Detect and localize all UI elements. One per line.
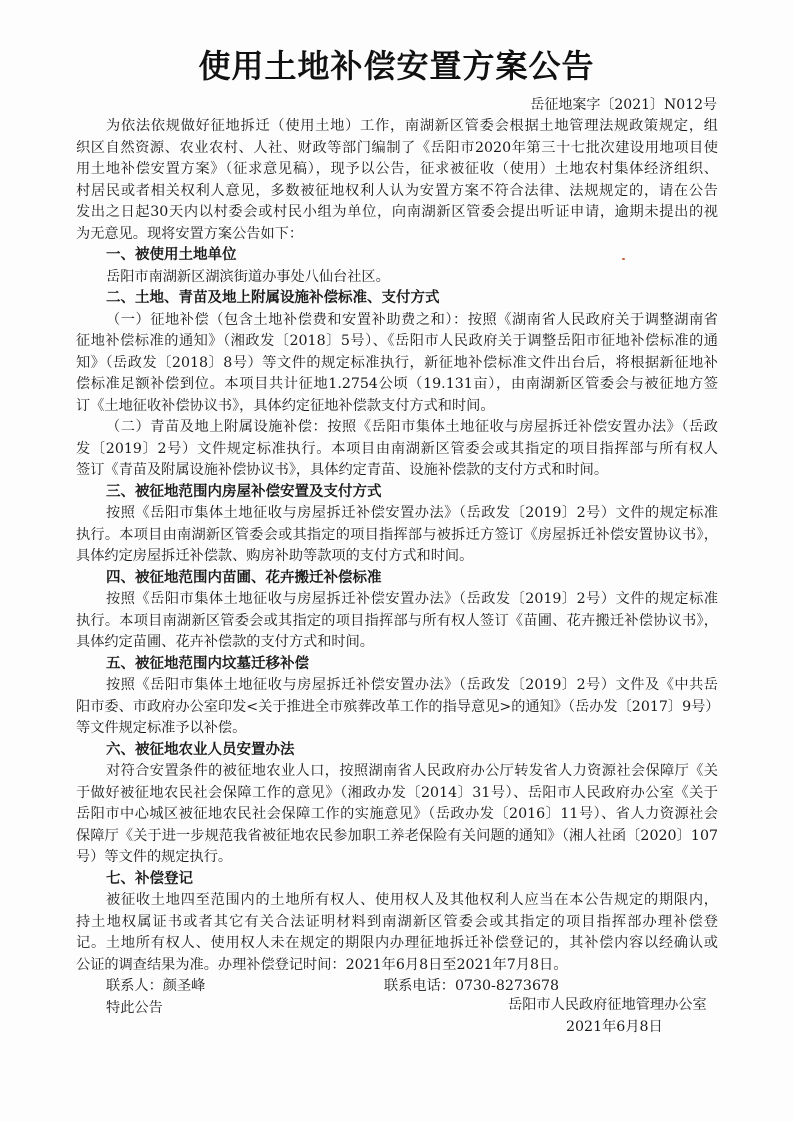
document-number: 岳征地案字〔2021〕N012号 [530,95,717,115]
text-line: 用土地补偿安置方案》（征求意见稿），现予以公告，征求被征收（使用）土地农村集体经… [76,159,718,181]
notice-page: 使用土地补偿安置方案公告 岳征地案字〔2021〕N012号 为依法依规做好征地拆… [0,0,793,1122]
section-heading-2: 二、土地、青苗及地上附属设施补偿标准、支付方式 [76,288,718,310]
text-line: 持土地权属证书或者其它有关合法证明材料到南湖新区管委会或其指定的项目指挥部办理补… [76,912,718,934]
text-line: 于做好被征地农民社会保障工作的意见》（湘政办发〔2014〕31号）、岳阳市人民政… [76,783,718,805]
paragraph-land-compensation: （一）征地补偿（包含土地补偿费和安置补助费之和）：按照《湖南省人民政府关于调整湖… [76,310,718,418]
text-line: 按照《岳阳市集体土地征收与房屋拆迁补偿安置办法》（岳政发〔2019〕2号）文件的… [76,503,718,525]
paragraph-crops-compensation: （二）青苗及地上附属设施补偿：按照《岳阳市集体土地征收与房屋拆迁补偿安置办法》（… [76,417,718,482]
text-line: 发〔2019〕2号）文件规定标准执行。本项目由南湖新区管委会或其指定的项目指挥部… [76,439,718,461]
text-line: 记。土地所有权人、使用权人未在规定的期限内办理征地拆迁补偿登记的，其补偿内容以经… [76,933,718,955]
text-line: 发出之日起30天内以村委会或村民小组为单位，向南湖新区管委会提出听证申请，逾期未… [76,202,718,224]
text-line: （一）征地补偿（包含土地补偿费和安置补助费之和）：按照《湖南省人民政府关于调整湖… [76,310,718,332]
text-line: 按照《岳阳市集体土地征收与房屋拆迁补偿安置办法》（岳政发〔2019〕2号）文件及… [76,675,718,697]
text-line: 具体约定房屋拆迁补偿款、购房补助等款项的支付方式和时间。 [76,546,718,568]
text-line: 执行。本项目由南湖新区管委会或其指定的项目指挥部与被拆迁方签订《房屋拆迁补偿安置… [76,525,718,547]
text-line: （二）青苗及地上附属设施补偿：按照《岳阳市集体土地征收与房屋拆迁补偿安置办法》（… [76,417,718,439]
section-heading-7: 七、补偿登记 [76,869,718,891]
section-heading-5: 五、被征地范围内坟墓迁移补偿 [76,654,718,676]
text-line: 具体约定苗圃、花卉补偿款的支付方式和时间。 [76,632,718,654]
contact-person: 联系人：颜圣峰 [106,976,384,998]
document-body: 为依法依规做好征地拆迁（使用土地）工作，南湖新区管委会根据土地管理法规政策规定，… [76,116,718,1019]
section-heading-3: 三、被征地范围内房屋补偿安置及支付方式 [76,482,718,504]
text-line: 按照《岳阳市集体土地征收与房屋拆迁补偿安置办法》（岳政发〔2019〕2号）文件的… [76,589,718,611]
paragraph-nursery: 按照《岳阳市集体土地征收与房屋拆迁补偿安置办法》（岳政发〔2019〕2号）文件的… [76,589,718,654]
text-line: 保障厅《关于进一步规范我省被征地农民参加职工养老保险有关问题的通知》（湘人社函〔… [76,826,718,848]
text-line: 征地补偿标准的通知》（湘政发〔2018〕5号）、《岳阳市人民政府关于调整岳阳市征… [76,331,718,353]
paragraph-resettlement: 对符合安置条件的被征地农业人口，按照湖南省人民政府办公厅转发省人力资源社会保障厅… [76,761,718,869]
text-line: 公证的调查结果为准。办理补偿登记时间：2021年6月8日至2021年7月8日。 [76,955,718,977]
issuing-authority: 岳阳市人民政府征地管理办公室 [508,995,707,1016]
text-line: 执行。本项目南湖新区管委会或其指定的项目指挥部与所有权人签订《苗圃、花卉搬迁补偿… [76,611,718,633]
text-line: 阳市委、市政府办公室印发<关于推进全市殡葬改革工作的指导意见>的通知》（岳办发〔… [76,697,718,719]
text-line: 偿标准足额补偿到位。本项目共计征地1.2754公顷（19.131亩），由南湖新区… [76,374,718,396]
text-line: 知》（岳政发〔2018〕8号）等文件的规定标准执行，新征地补偿标准文件出台后，将… [76,353,718,375]
text-line: 对符合安置条件的被征地农业人口，按照湖南省人民政府办公厅转发省人力资源社会保障厅… [76,761,718,783]
intro-paragraph: 为依法依规做好征地拆迁（使用土地）工作，南湖新区管委会根据土地管理法规政策规定，… [76,116,718,245]
text-line: 等文件规定标准予以补偿。 [76,718,718,740]
text-line: 被征收土地四至范围内的土地所有权人、使用权人及其他权利人应当在本公告规定的期限内… [76,890,718,912]
text-line: 村居民或者相关权利人意见，多数被征地权利人认为安置方案不符合法律、法规规定的，请… [76,181,718,203]
issue-date: 2021年6月8日 [566,1017,663,1038]
paragraph-housing: 按照《岳阳市集体土地征收与房屋拆迁补偿安置办法》（岳政发〔2019〕2号）文件的… [76,503,718,568]
text-line: 号）等文件的规定执行。 [76,847,718,869]
section-heading-6: 六、被征地农业人员安置办法 [76,740,718,762]
paragraph-graves: 按照《岳阳市集体土地征收与房屋拆迁补偿安置办法》（岳政发〔2019〕2号）文件及… [76,675,718,740]
section-heading-1: 一、被使用土地单位 [76,245,718,267]
document-title: 使用土地补偿安置方案公告 [0,46,793,86]
text-line: 织区自然资源、农业农村、人社、财政等部门编制了《岳阳市2020年第三十七批次建设… [76,138,718,160]
text-line: 订《土地征收补偿协议书》，具体约定征地补偿款支付方式和时间。 [76,396,718,418]
text-line: 为无意见。现将安置方案公告如下： [76,224,718,246]
section-heading-4: 四、被征地范围内苗圃、花卉搬迁补偿标准 [76,568,718,590]
paragraph-registration: 被征收土地四至范围内的土地所有权人、使用权人及其他权利人应当在本公告规定的期限内… [76,890,718,976]
text-line: 为依法依规做好征地拆迁（使用土地）工作，南湖新区管委会根据土地管理法规政策规定，… [76,116,718,138]
text-line: 签订《青苗及附属设施补偿协议书》，具体约定青苗、设施补偿款的支付方式和时间。 [76,460,718,482]
text-line: 岳阳市中心城区被征地农民社会保障工作的实施意见》（岳政办发〔2016〕11号）、… [76,804,718,826]
text-line: 岳阳市南湖新区湖滨街道办事处八仙台社区。 [76,267,718,289]
